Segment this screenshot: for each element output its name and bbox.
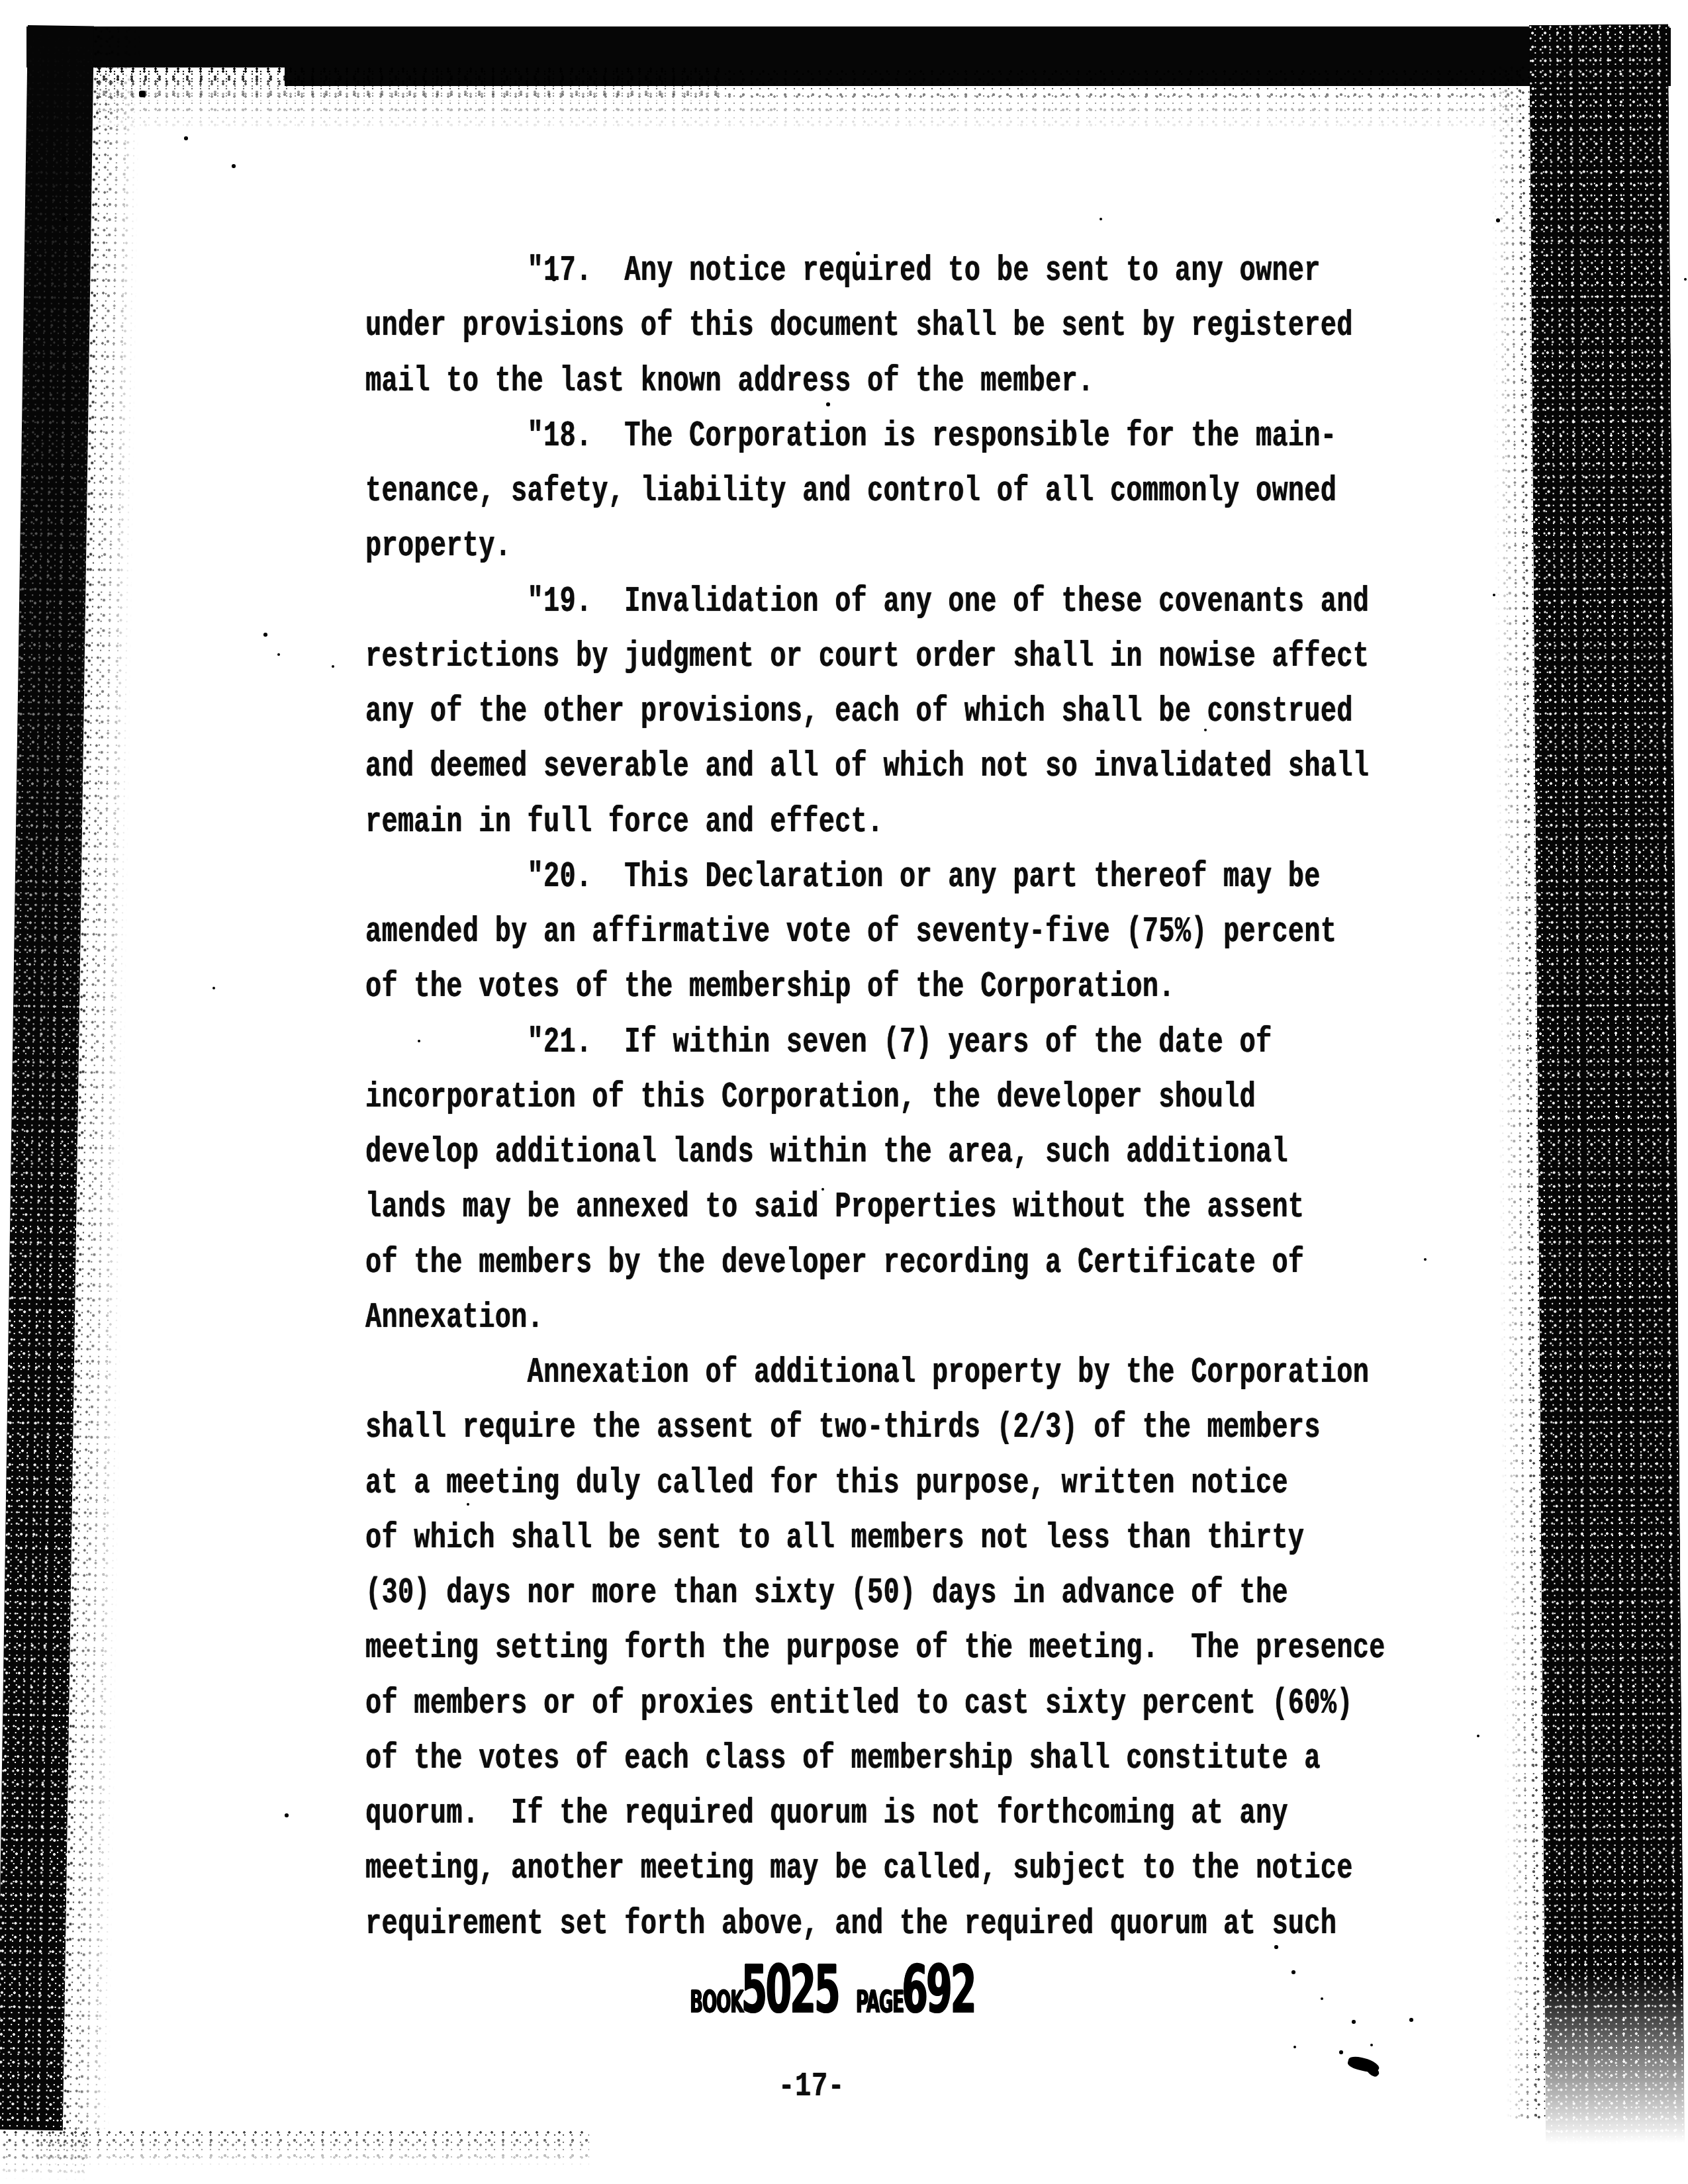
text-line: meeting setting forth the purpose of the…: [365, 1629, 1425, 1684]
text-line: requirement set forth above, and the req…: [365, 1905, 1425, 1960]
book-page-stamp: BOOK5025PAGE692: [690, 1956, 975, 2042]
text-line: Annexation.: [365, 1298, 1425, 1353]
text-line: property.: [365, 527, 1425, 582]
text-line: shall require the assent of two-thirds (…: [365, 1408, 1425, 1463]
document-body-text: "17. Any notice required to be sent to a…: [365, 251, 1425, 1960]
book-number: 5025: [741, 1950, 838, 2028]
text-line: of the votes of the membership of the Co…: [365, 968, 1425, 1023]
text-line: remain in full force and effect.: [365, 803, 1425, 858]
text-line: Annexation of additional property by the…: [365, 1353, 1425, 1408]
text-line: meeting, another meeting may be called, …: [365, 1849, 1425, 1904]
text-line: "19. Invalidation of any one of these co…: [365, 582, 1425, 637]
text-line: "17. Any notice required to be sent to a…: [365, 251, 1425, 306]
text-line: under provisions of this document shall …: [365, 306, 1425, 361]
text-line: amended by an affirmative vote of sevent…: [365, 913, 1425, 968]
text-line: mail to the last known address of the me…: [365, 362, 1425, 417]
text-line: of members or of proxies entitled to cas…: [365, 1684, 1425, 1739]
text-line: and deemed severable and all of which no…: [365, 747, 1425, 802]
scan-noise-bottom: [40, 2130, 589, 2168]
text-line: at a meeting duly called for this purpos…: [365, 1464, 1425, 1519]
text-line: "20. This Declaration or any part thereo…: [365, 858, 1425, 913]
text-line: "21. If within seven (7) years of the da…: [365, 1023, 1425, 1078]
scan-border-right: [1529, 24, 1685, 2144]
text-line: of the votes of each class of membership…: [365, 1739, 1425, 1794]
text-line: incorporation of this Corporation, the d…: [365, 1078, 1425, 1133]
page-number: -17-: [778, 2068, 845, 2107]
text-line: "18. The Corporation is responsible for …: [365, 417, 1425, 472]
page-number-value: 692: [902, 1950, 974, 2028]
text-line: quorum. If the required quorum is not fo…: [365, 1794, 1425, 1849]
text-line: tenance, safety, liability and control o…: [365, 472, 1425, 527]
book-label: BOOK: [690, 1983, 743, 2019]
text-line: develop additional lands within the area…: [365, 1133, 1425, 1188]
text-line: of the members by the developer recordin…: [365, 1244, 1425, 1298]
page-label: PAGE: [856, 1983, 904, 2019]
text-line: restrictions by judgment or court order …: [365, 637, 1425, 692]
scan-specks: [0, 0, 1, 1]
text-line: (30) days nor more than sixty (50) days …: [365, 1574, 1425, 1629]
scan-border-left: [0, 25, 94, 2130]
text-line: any of the other provisions, each of whi…: [365, 692, 1425, 747]
text-line: lands may be annexed to said Properties …: [365, 1188, 1425, 1243]
text-line: of which shall be sent to all members no…: [365, 1519, 1425, 1574]
scanned-document-page: "17. Any notice required to be sent to a…: [0, 0, 1688, 2184]
